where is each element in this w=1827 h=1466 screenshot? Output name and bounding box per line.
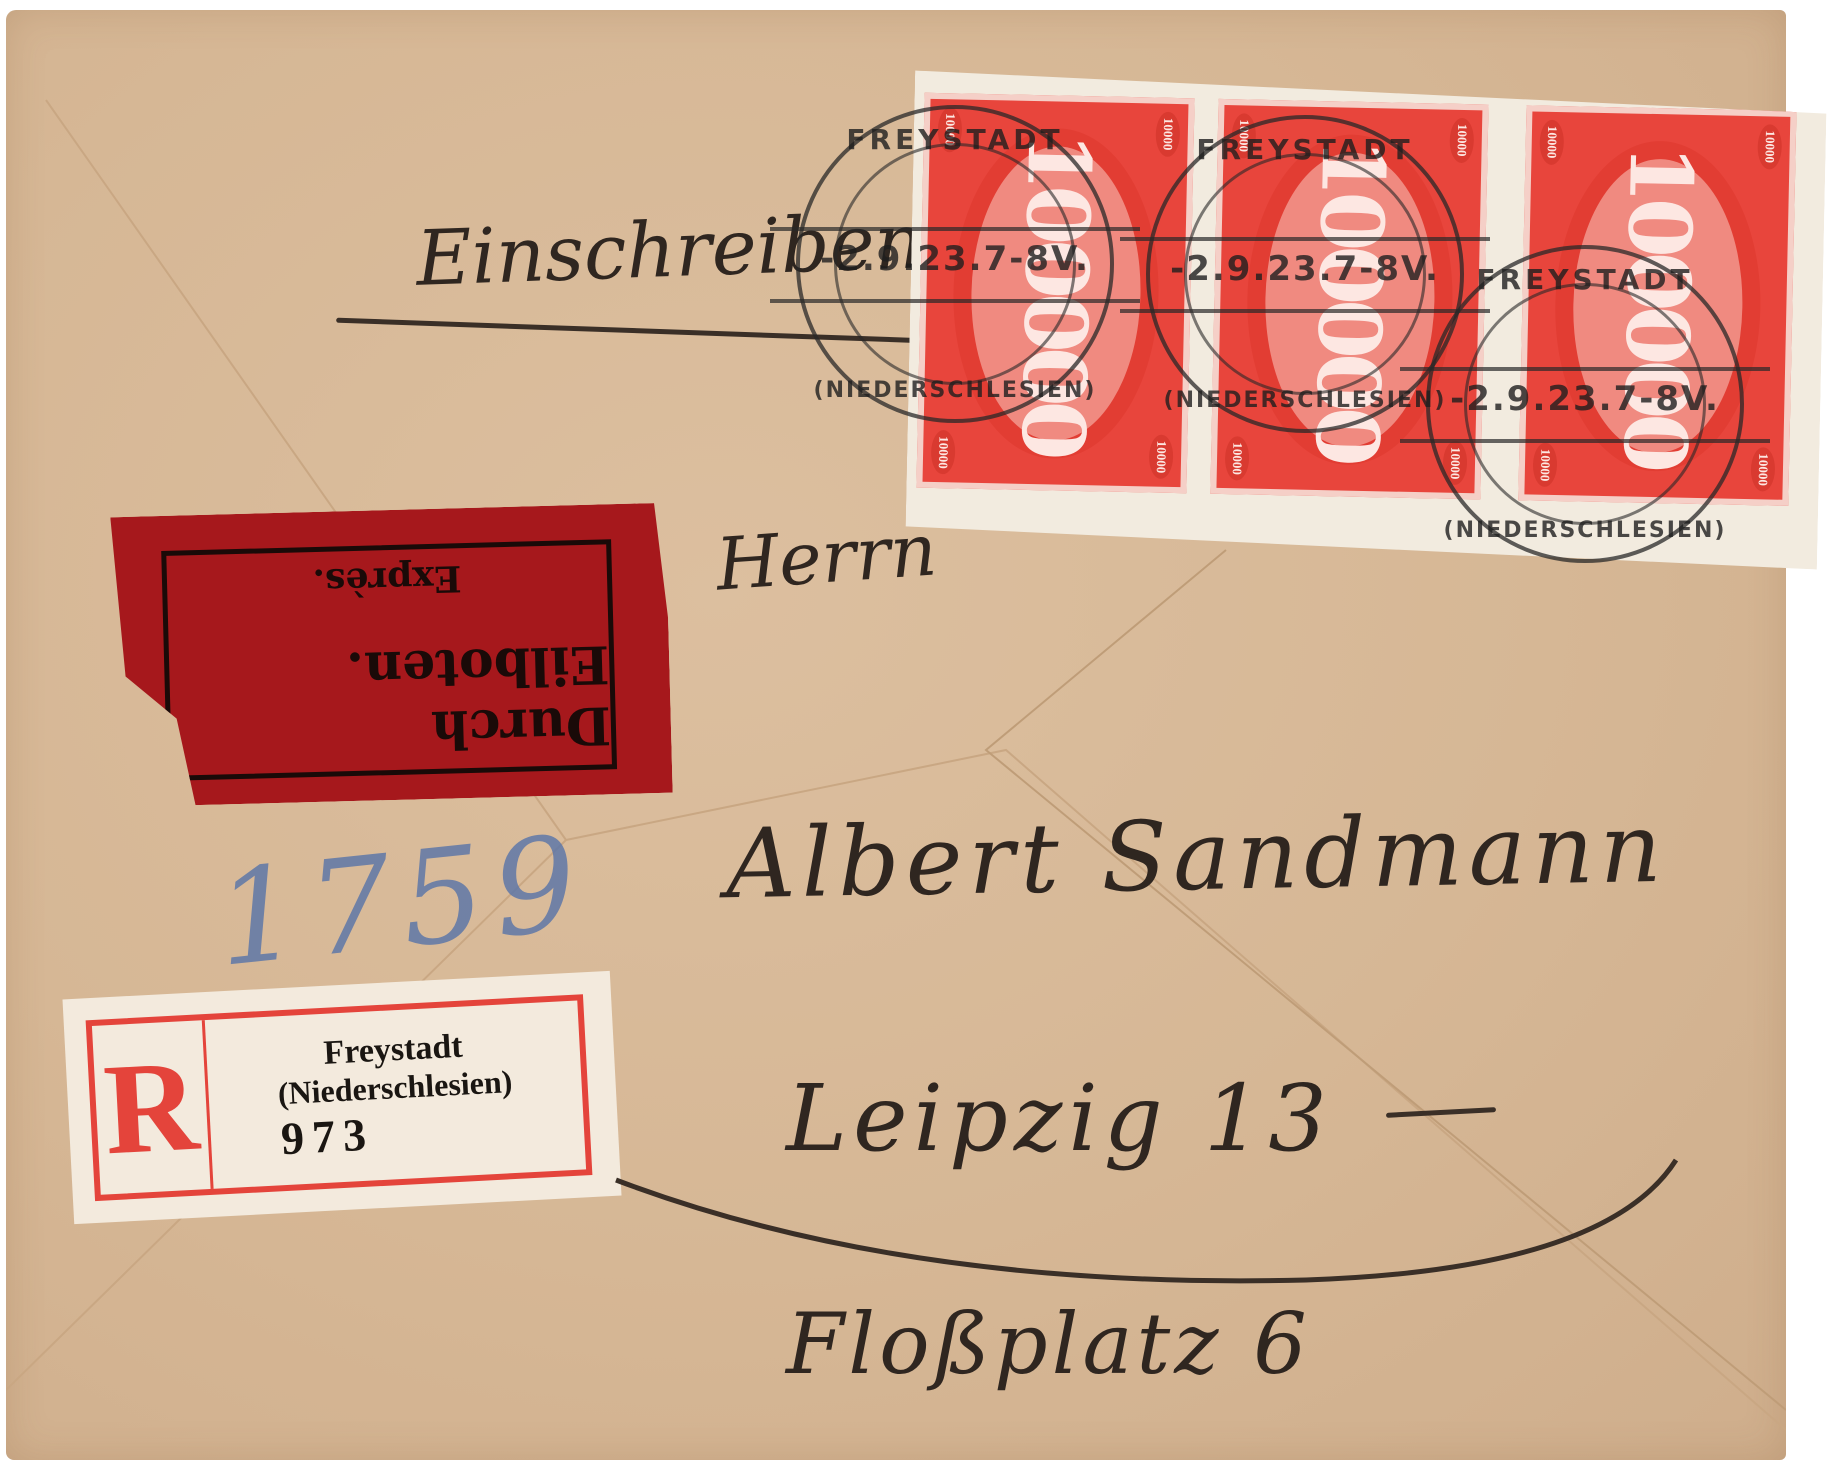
handwritten-street: Floßplatz 6 — [786, 1295, 1311, 1393]
registration-label: R Freystadt (Niederschlesien) 973 — [62, 971, 621, 1224]
postmark: FREYSTADT -2.9.23.7-8V. (NIEDERSCHLESIEN… — [796, 105, 1114, 423]
stamp-corner-value: 10000 — [1149, 434, 1174, 479]
stamp-corner-value: 10000 — [931, 429, 956, 474]
handwritten-recipient-name: Albert Sandmann — [725, 792, 1668, 920]
pencil-notation: 1759 — [209, 806, 594, 996]
city-dash — [1386, 1107, 1496, 1118]
registration-letter: R — [92, 1020, 214, 1195]
postmark-date: -2.9.23.7-8V. — [1430, 379, 1740, 419]
postmark-region: (NIEDERSCHLESIEN) — [1430, 518, 1740, 543]
registration-number: 973 — [280, 1107, 376, 1165]
postmark-date: -2.9.23.7-8V. — [800, 239, 1110, 279]
stamp-corner-value: 10000 — [1757, 124, 1782, 169]
stamp-corner-value: 10000 — [1225, 436, 1250, 481]
postmark-region: (NIEDERSCHLESIEN) — [1150, 388, 1460, 413]
postmark-town: FREYSTADT — [800, 123, 1110, 156]
stamp-corner-value: 10000 — [1751, 447, 1776, 492]
address-underline — [606, 1140, 1706, 1300]
postmark-town: FREYSTADT — [1150, 133, 1460, 166]
express-label-line2: Exprès. — [312, 557, 462, 603]
postmark: FREYSTADT -2.9.23.7-8V. (NIEDERSCHLESIEN… — [1146, 115, 1464, 433]
registration-details: Freystadt (Niederschlesien) 973 — [205, 1001, 586, 1189]
postmark: FREYSTADT -2.9.23.7-8V. (NIEDERSCHLESIEN… — [1426, 245, 1744, 563]
envelope: Einschreiben 10000 10000 10000 10000 100… — [6, 10, 1786, 1460]
stamp-corner-value: 10000 — [1539, 120, 1564, 165]
handwritten-salutation: Herrn — [713, 507, 939, 606]
express-label-frame: Durch Eilboten. Exprès. — [161, 539, 617, 781]
express-label: Durch Eilboten. Exprès. — [110, 503, 672, 807]
registration-region: (Niederschlesien) — [277, 1063, 513, 1112]
registration-label-frame: R Freystadt (Niederschlesien) 973 — [86, 994, 593, 1201]
postmark-region: (NIEDERSCHLESIEN) — [800, 378, 1110, 403]
postmark-town: FREYSTADT — [1430, 263, 1740, 296]
postmark-date: -2.9.23.7-8V. — [1150, 249, 1460, 289]
express-label-line1: Durch Eilboten. — [169, 633, 612, 766]
